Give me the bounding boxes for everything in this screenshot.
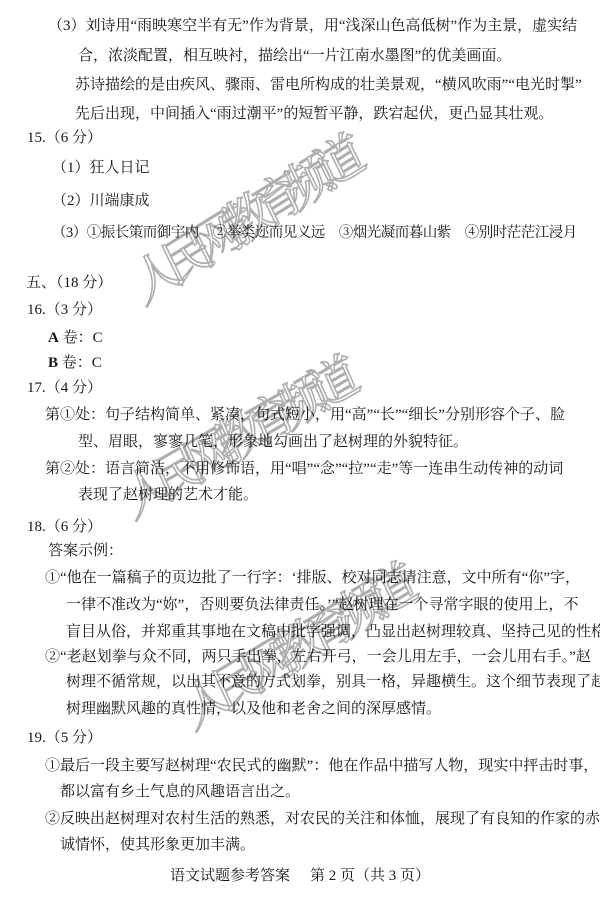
answer-14-3-line4: 先后出现，中间插入“雨过潮平”的短暂平静，跌宕起伏，更凸显其壮观。 <box>75 106 553 123</box>
question-16-header: 16.（3 分） <box>27 302 102 319</box>
volume-a-answer: C <box>93 330 103 346</box>
answer-15-item1: （1）狂人日记 <box>52 160 150 177</box>
watermark-text-1: 人民网教育频道 <box>118 120 363 319</box>
answer-19-item2-line1: ②反映出赵树理对农村生活的熟悉，对农民的关注和体恤，展现了有良知的作家的赤 <box>45 811 600 828</box>
question-18-header: 18.（6 分） <box>27 519 102 536</box>
question-17-header: 17.（4 分） <box>27 380 102 397</box>
volume-a-label: 卷： <box>59 330 93 346</box>
answer-18-item1-line3: 盲目从俗，并郑重其事地在文稿中批字强调，凸显出赵树理较真、坚持己见的性格。 <box>66 624 600 641</box>
page-footer: 语文试题参考答案第 2 页（共 3 页） <box>0 864 600 885</box>
section-5-header: 五、（18 分） <box>26 275 112 292</box>
volume-b-letter: B <box>48 355 58 371</box>
volume-b-label: 卷： <box>58 355 92 371</box>
answer-15-item2: （2）川端康成 <box>52 193 150 210</box>
answer-17-spot1-line1: 第①处：句子结构简单、紧凑，句式短小，用“高”“长”“细长”分别形容个子、脸 <box>45 407 565 424</box>
answer-18-intro: 答案示例： <box>48 543 123 560</box>
answer-17-spot2-line2: 表现了赵树理的艺术才能。 <box>78 487 258 504</box>
answer-16-volume-b: B 卷：C <box>48 355 102 372</box>
answer-19-item2-line2: 诚情怀，使其形象更加丰满。 <box>60 837 255 854</box>
answer-18-item2-line3: 树理幽默风趣的真性情，以及他和老舍之间的深厚感情。 <box>66 701 441 718</box>
answer-18-item2-line1: ②“老赵划拳与众不同，两只手出拳，左右开弓，一会儿用左手，一会儿用右手。”赵 <box>45 649 591 666</box>
footer-doc-title: 语文试题参考答案 <box>170 868 290 884</box>
answer-17-spot2-line1: 第②处：语言简洁，不用修饰语，用“唱”“念”“拉”“走”等一连串生动传神的动词 <box>45 461 563 478</box>
answer-14-3-line2: 合，浓淡配置，相互映衬，描绘出“一片江南水墨图”的优美画面。 <box>78 48 511 65</box>
answer-19-item1-line1: ①最后一段主要写赵树理“农民式的幽默”：他在作品中描写人物，现实中抨击时事， <box>45 758 598 775</box>
volume-b-answer: C <box>92 355 102 371</box>
answer-14-3-line1: （3）刘诗用“雨映寒空半有无”作为背景，用“浅深山色高低树”作为主景，虚实结 <box>48 18 577 35</box>
answer-19-item1-line2: 都以富有乡土气息的风趣语言出之。 <box>60 784 300 801</box>
question-15-header: 15.（6 分） <box>27 130 102 147</box>
answer-17-spot1-line2: 型、眉眼，寥寥几笔，形象地勾画出了赵树理的外貌特征。 <box>78 434 468 451</box>
answer-18-item1-line1: ①“他在一篇稿子的页边批了一行字：‘排版、校对同志请注意，文中所有“你”字， <box>45 570 580 587</box>
answer-14-3-line3: 苏诗描绘的是由疾风、骤雨、雷电所构成的壮美景观，“横风吹雨”“电光时掣” <box>75 77 582 94</box>
footer-page-number: 第 2 页（共 3 页） <box>310 868 430 884</box>
answer-document-page: 人民网教育频道 人民网教育频道 人民网教育频道 （3）刘诗用“雨映寒空半有无”作… <box>0 0 600 897</box>
volume-a-letter: A <box>48 330 59 346</box>
answer-18-item2-line2: 树理不循常规，以出其不意的方式划拳，别具一格，异趣横生。这个细节表现了赵 <box>66 674 600 691</box>
answer-18-item1-line2: 一律不准改为“妳”，否则要负法律责任。’”赵树理在一个寻常字眼的使用上，不 <box>66 597 578 614</box>
question-19-header: 19.（5 分） <box>27 730 102 747</box>
answer-15-item3: （3）①振长策而御宇内 ②举类迩而见义远 ③烟光凝而暮山紫 ④别时茫茫江浸月 <box>52 225 577 242</box>
answer-16-volume-a: A 卷：C <box>48 330 103 347</box>
